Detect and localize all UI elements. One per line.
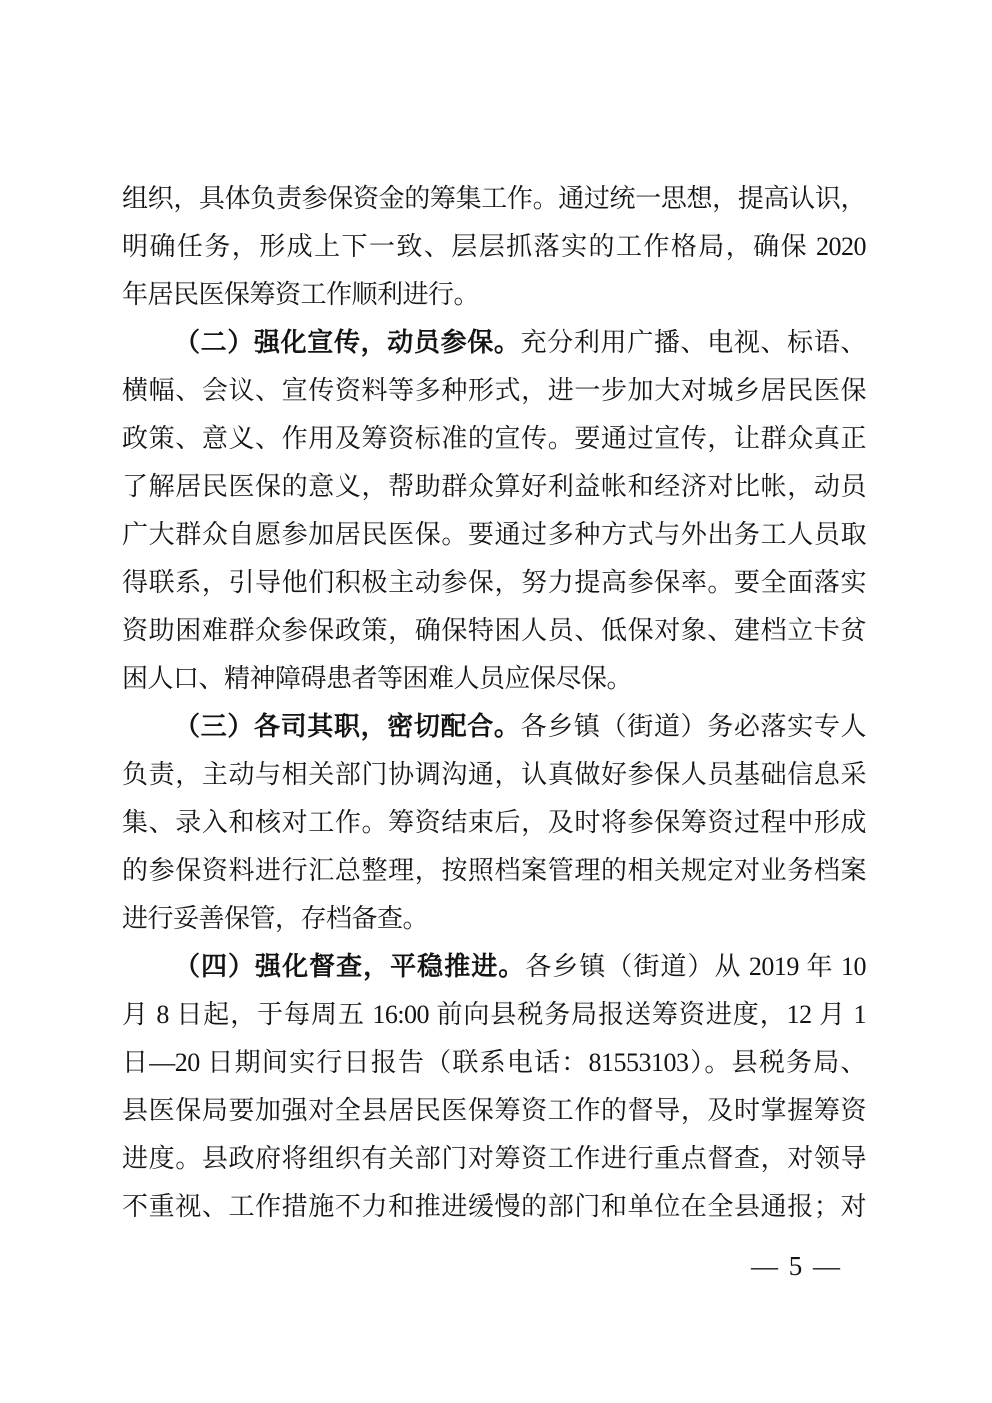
line-text: 组织，具体负责参保资金的筹集工作。通过统一思想，提高认识， [122, 184, 866, 213]
line-text: 不重视、工作措施不力和推进缓慢的部门和单位在全县通报；对 [122, 1192, 866, 1221]
line-text: 县医保局要加强对全县居民医保筹资工作的督导，及时掌握筹资 [122, 1096, 866, 1125]
page-number: — 5 — [751, 1248, 842, 1284]
document-line: （二）强化宣传，动员参保。充分利用广播、电视、标语、 [122, 319, 866, 367]
document-line: 广大群众自愿参加居民医保。要通过多种方式与外出务工人员取 [122, 511, 866, 559]
document-line: 组织，具体负责参保资金的筹集工作。通过统一思想，提高认识， [122, 175, 866, 223]
document-line: 困人口、精神障碍患者等困难人员应保尽保。 [122, 655, 866, 703]
line-text: 得联系，引导他们积极主动参保，努力提高参保率。要全面落实 [122, 568, 866, 597]
line-text: 资助困难群众参保政策，确保特困人员、低保对象、建档立卡贫 [122, 616, 866, 645]
line-text: 明确任务，形成上下一致、层层抓落实的工作格局，确保 2020 [122, 232, 866, 261]
line-text: 政策、意义、作用及筹资标准的宣传。要通过宣传，让群众真正 [122, 424, 866, 453]
line-text: 集、录入和核对工作。筹资结束后，及时将参保筹资过程中形成 [122, 808, 866, 837]
document-line: 县医保局要加强对全县居民医保筹资工作的督导，及时掌握筹资 [122, 1087, 866, 1135]
line-text: 充分利用广播、电视、标语、 [521, 328, 866, 357]
line-text: 了解居民医保的意义，帮助群众算好利益帐和经济对比帐，动员 [122, 472, 866, 501]
document-line: 了解居民医保的意义，帮助群众算好利益帐和经济对比帐，动员 [122, 463, 866, 511]
line-text: 进行妥善保管，存档备查。 [122, 904, 428, 933]
line-text: 各乡镇（街道）务必落实专人 [521, 712, 866, 741]
document-line: 集、录入和核对工作。筹资结束后，及时将参保筹资过程中形成 [122, 799, 866, 847]
line-text: 日—20 日期间实行日报告（联系电话：81553103）。县税务局、 [122, 1048, 866, 1077]
line-text: 横幅、会议、宣传资料等多种形式，进一步加大对城乡居民医保 [122, 376, 866, 405]
document-line: 月 8 日起，于每周五 16:00 前向县税务局报送筹资进度，12 月 1 [122, 991, 866, 1039]
line-bold-text: （三）各司其职，密切配合。 [174, 712, 521, 741]
document-line: 政策、意义、作用及筹资标准的宣传。要通过宣传，让群众真正 [122, 415, 866, 463]
document-page: 组织，具体负责参保资金的筹集工作。通过统一思想，提高认识，明确任务，形成上下一致… [0, 0, 992, 1403]
line-text: 困人口、精神障碍患者等困难人员应保尽保。 [122, 664, 632, 693]
line-text: 年居民医保筹资工作顺利进行。 [122, 280, 479, 309]
line-text: 的参保资料进行汇总整理，按照档案管理的相关规定对业务档案 [122, 856, 866, 885]
document-body: 组织，具体负责参保资金的筹集工作。通过统一思想，提高认识，明确任务，形成上下一致… [122, 175, 866, 1231]
document-line: 进行妥善保管，存档备查。 [122, 895, 866, 943]
document-line: 年居民医保筹资工作顺利进行。 [122, 271, 866, 319]
document-line: 得联系，引导他们积极主动参保，努力提高参保率。要全面落实 [122, 559, 866, 607]
document-line: 不重视、工作措施不力和推进缓慢的部门和单位在全县通报；对 [122, 1183, 866, 1231]
line-text: 各乡镇（街道）从 2019 年 10 [525, 952, 866, 981]
document-line: 负责，主动与相关部门协调沟通，认真做好参保人员基础信息采 [122, 751, 866, 799]
document-line: 横幅、会议、宣传资料等多种形式，进一步加大对城乡居民医保 [122, 367, 866, 415]
document-line: （四）强化督查，平稳推进。各乡镇（街道）从 2019 年 10 [122, 943, 866, 991]
document-line: 明确任务，形成上下一致、层层抓落实的工作格局，确保 2020 [122, 223, 866, 271]
document-line: 日—20 日期间实行日报告（联系电话：81553103）。县税务局、 [122, 1039, 866, 1087]
document-line: 的参保资料进行汇总整理，按照档案管理的相关规定对业务档案 [122, 847, 866, 895]
line-text: 进度。县政府将组织有关部门对筹资工作进行重点督查，对领导 [122, 1144, 866, 1173]
document-line: （三）各司其职，密切配合。各乡镇（街道）务必落实专人 [122, 703, 866, 751]
line-text: 广大群众自愿参加居民医保。要通过多种方式与外出务工人员取 [122, 520, 866, 549]
line-text: 月 8 日起，于每周五 16:00 前向县税务局报送筹资进度，12 月 1 [122, 1000, 866, 1029]
line-text: 负责，主动与相关部门协调沟通，认真做好参保人员基础信息采 [122, 760, 866, 789]
line-bold-text: （四）强化督查，平稳推进。 [174, 952, 525, 981]
line-bold-text: （二）强化宣传，动员参保。 [174, 328, 521, 357]
document-line: 进度。县政府将组织有关部门对筹资工作进行重点督查，对领导 [122, 1135, 866, 1183]
document-line: 资助困难群众参保政策，确保特困人员、低保对象、建档立卡贫 [122, 607, 866, 655]
